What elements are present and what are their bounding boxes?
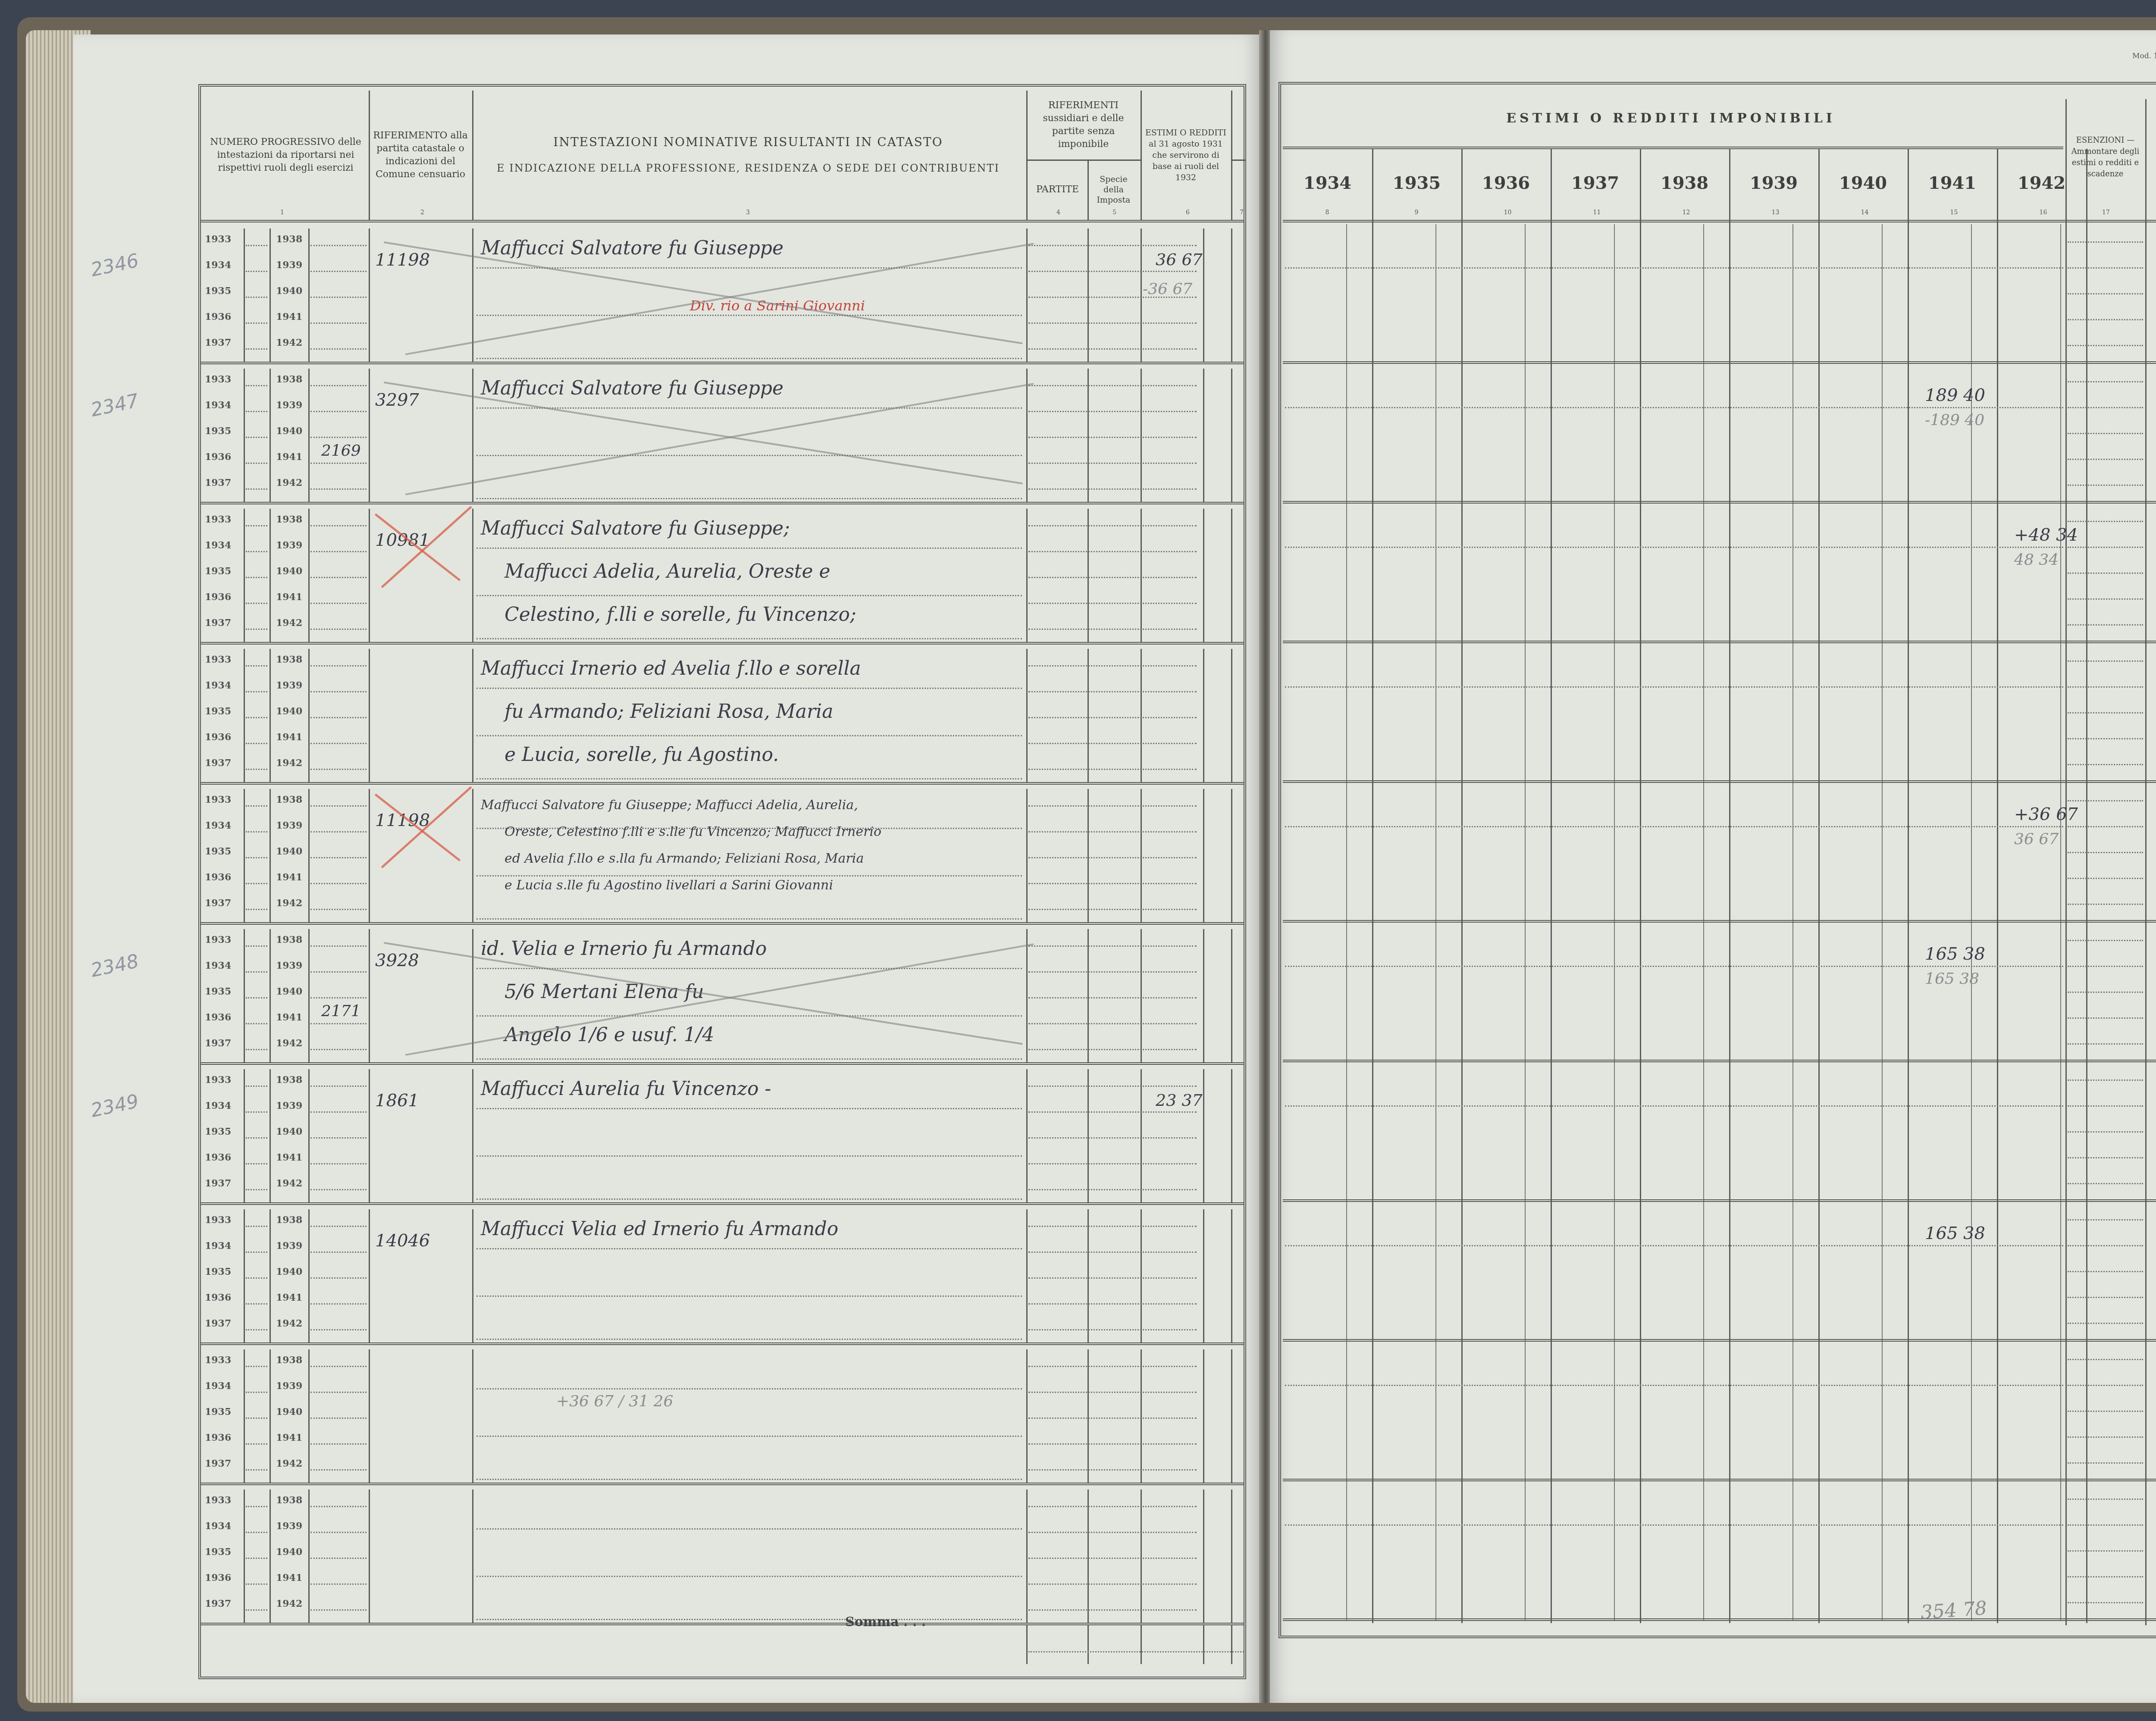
dotted-rule — [1028, 1651, 1244, 1652]
dotted-rule — [476, 1479, 1022, 1480]
dotted-rule — [2068, 1524, 2143, 1526]
entry-divider — [1283, 1199, 2156, 1202]
dotted-rule — [1028, 1023, 1197, 1024]
dotted-rule — [246, 411, 267, 412]
dotted-rule — [310, 411, 367, 412]
dotted-rule — [2068, 1499, 2143, 1500]
dotted-rule — [1028, 1329, 1197, 1330]
dotted-rule — [2068, 1245, 2143, 1246]
column-divider — [244, 789, 245, 923]
entry-divider — [1283, 1479, 2156, 1481]
year-header: 1938 — [1640, 160, 1729, 207]
column-divider — [1026, 649, 1028, 782]
year-label: 1933 — [205, 1214, 231, 1226]
dotted-rule — [476, 968, 1022, 969]
column-divider — [244, 369, 245, 502]
year-label: 1934 — [205, 260, 231, 271]
dotted-rule — [476, 1108, 1022, 1109]
column-divider — [1087, 929, 1089, 1063]
column-divider — [308, 509, 310, 642]
dotted-rule — [1028, 691, 1197, 692]
dotted-rule — [246, 1417, 267, 1419]
dotted-rule — [246, 769, 267, 770]
dotted-rule — [310, 1111, 367, 1113]
dotted-rule — [246, 971, 267, 973]
dotted-rule — [246, 1189, 267, 1190]
column-divider — [1203, 929, 1204, 1063]
column-divider — [308, 929, 310, 1063]
dotted-rule — [1285, 686, 2063, 688]
year-label: 1940 — [276, 1546, 302, 1558]
year-label: 1940 — [276, 1266, 302, 1277]
column-divider — [1141, 509, 1142, 642]
dotted-rule — [476, 688, 1022, 689]
ledger-entry: 1933193819341939193519401936194119371942… — [73, 224, 1261, 364]
header-col3: INTESTAZIONI NOMINATIVE RISULTANTI IN CA… — [474, 91, 1022, 220]
year-label: 1936 — [205, 1572, 231, 1583]
margin-number: 2349 — [89, 1090, 141, 1122]
column-divider — [1087, 1209, 1089, 1343]
dotted-rule — [1028, 1086, 1197, 1087]
column-divider — [1026, 509, 1028, 642]
dotted-rule — [310, 997, 367, 998]
column-divider — [244, 509, 245, 642]
dotted-rule — [1028, 945, 1197, 947]
cents-divider — [1614, 224, 1615, 1621]
dotted-rule — [2068, 1550, 2143, 1552]
year-label: 1938 — [276, 234, 302, 245]
header-divider — [1283, 220, 2156, 222]
dotted-rule — [1028, 603, 1197, 604]
dotted-rule — [2068, 904, 2143, 905]
entry-divider — [1283, 501, 2156, 504]
dotted-rule — [2068, 624, 2143, 626]
column-divider — [308, 369, 310, 502]
intestazione-name: Maffucci Irnerio ed Avelia f.llo e sorel… — [481, 657, 861, 679]
year-label: 1937 — [205, 757, 231, 769]
dotted-rule — [2068, 940, 2143, 941]
year-label: 1940 — [276, 706, 302, 717]
dotted-rule — [476, 1198, 1022, 1200]
dotted-rule — [310, 1023, 367, 1024]
year-label: 1939 — [276, 540, 302, 551]
dotted-rule — [1028, 857, 1197, 858]
column-divider — [1231, 929, 1232, 1063]
dotted-rule — [2068, 852, 2143, 853]
year-label: 1942 — [276, 1318, 302, 1329]
column-divider — [244, 228, 245, 362]
dotted-rule — [310, 629, 367, 630]
column-divider — [269, 509, 271, 642]
year-label: 1935 — [205, 1266, 231, 1277]
column-divider — [369, 789, 370, 923]
ledger-entry: 1933193819341939193519401936194119371942… — [73, 645, 1261, 785]
entry-divider — [1283, 920, 2156, 923]
column-divider — [472, 649, 473, 782]
right-page: Mod. 111 - Imposte Dirette (Intercalare)… — [1270, 30, 2156, 1703]
column-divider — [244, 649, 245, 782]
dotted-rule — [2068, 1297, 2143, 1298]
ledger-entry: 1933193819341939193519401936194119371942… — [73, 925, 1261, 1065]
header-divider — [1283, 147, 2063, 149]
dotted-rule — [2068, 660, 2143, 662]
year-label: 1933 — [205, 374, 231, 385]
column-divider — [1141, 369, 1142, 502]
year-header: 1941 — [1908, 160, 1997, 207]
column-divider — [1026, 369, 1028, 502]
left-page: NUMERO PROGRESSIVO delle intestazioni da… — [73, 34, 1261, 1703]
year-label: 1937 — [205, 337, 231, 348]
year-label: 1935 — [205, 986, 231, 997]
intestazione-name: Maffucci Adelia, Aurelia, Oreste e — [505, 560, 830, 582]
dotted-rule — [2068, 1462, 2143, 1464]
year-column-divider — [1640, 149, 1641, 1623]
year-label: 1939 — [276, 1521, 302, 1532]
year-label: 1938 — [276, 934, 302, 945]
dotted-rule — [2068, 598, 2143, 600]
dotted-rule — [246, 743, 267, 744]
year-label: 1938 — [276, 794, 302, 805]
year-label: 1933 — [205, 934, 231, 945]
year-label: 1936 — [205, 1152, 231, 1163]
year-column-divider — [1372, 149, 1373, 1623]
dotted-rule — [310, 1137, 367, 1139]
dotted-rule — [246, 1506, 267, 1507]
column-divider — [1026, 789, 1028, 923]
dotted-rule — [246, 1137, 267, 1139]
dotted-rule — [246, 385, 267, 386]
dotted-rule — [246, 665, 267, 666]
dotted-rule — [246, 997, 267, 998]
column-divider — [1087, 509, 1089, 642]
dotted-rule — [246, 1583, 267, 1585]
column-divider — [1141, 1209, 1142, 1343]
intestazione-name: e Lucia, sorelle, fu Agostino. — [505, 744, 779, 766]
right-table-frame — [1279, 82, 2156, 1638]
year-label: 1934 — [205, 1380, 231, 1392]
column-divider — [1026, 1349, 1028, 1483]
dotted-rule — [2068, 1157, 2143, 1158]
year-column-divider — [1818, 149, 1820, 1623]
dotted-rule — [1028, 1163, 1197, 1164]
year-column-divider — [1997, 149, 1998, 1623]
column-number: 2 — [420, 209, 424, 216]
dotted-rule — [310, 348, 367, 350]
dotted-rule — [246, 805, 267, 807]
year-header: 1940 — [1818, 160, 1908, 207]
dotted-rule — [476, 1015, 1022, 1017]
column-number: 5 — [1112, 209, 1116, 216]
dotted-rule — [476, 638, 1022, 639]
header-col2: RIFERIMENTO alla partita catastale o ind… — [371, 91, 470, 220]
column-divider — [269, 369, 271, 502]
dotted-rule — [1028, 769, 1197, 770]
dotted-rule — [246, 271, 267, 272]
column-divider — [472, 1209, 473, 1343]
header-column-divider — [1087, 160, 1089, 220]
pencil-value: -189 40 — [1925, 411, 1984, 429]
column-divider — [244, 1209, 245, 1343]
dotted-rule — [2068, 1219, 2143, 1220]
column-divider — [308, 789, 310, 923]
dotted-rule — [476, 1528, 1022, 1530]
dotted-rule — [310, 297, 367, 298]
year-column-divider — [2086, 149, 2087, 1623]
year-label: 1936 — [205, 872, 231, 883]
dotted-rule — [1028, 909, 1197, 910]
column-divider — [1203, 1069, 1204, 1203]
column-divider — [369, 509, 370, 642]
header-divider — [201, 220, 1244, 222]
column-number: 8 — [1326, 209, 1329, 216]
year-label: 1935 — [205, 846, 231, 857]
column-divider — [2145, 99, 2147, 1625]
partita-number: 14046 — [375, 1231, 430, 1251]
column-divider — [1231, 1209, 1232, 1343]
header-specie: Specie della Imposta — [1089, 164, 1138, 216]
partita-number: 1861 — [375, 1091, 419, 1111]
dotted-rule — [310, 1532, 367, 1533]
year-label: 1937 — [205, 1458, 231, 1469]
dotted-rule — [310, 1329, 367, 1330]
column-number: 9 — [1415, 209, 1419, 216]
header-sub-divider — [1231, 160, 1246, 161]
entry-divider — [1283, 641, 2156, 643]
dotted-rule — [1028, 1252, 1197, 1253]
dotted-rule — [310, 717, 367, 718]
estimi-title: ESTIMI O REDDITI IMPONIBILI — [1283, 91, 2059, 147]
dotted-rule — [1028, 743, 1197, 744]
year-label: 1936 — [205, 311, 231, 322]
dotted-rule — [310, 1392, 367, 1393]
dotted-rule — [1285, 407, 2063, 408]
dotted-rule — [1028, 1532, 1197, 1533]
column-divider — [244, 1069, 245, 1203]
year-label: 1935 — [205, 1126, 231, 1137]
dotted-rule — [2068, 433, 2143, 434]
dotted-rule — [310, 1558, 367, 1559]
form-title: Mod. 111 - Imposte Dirette (Intercalare)… — [2132, 52, 2156, 60]
year-label: 1939 — [276, 1240, 302, 1252]
dotted-rule — [2068, 1183, 2143, 1184]
year-label: 1938 — [276, 1074, 302, 1086]
year-label: 1937 — [205, 1038, 231, 1049]
year-column-divider — [1551, 149, 1552, 1623]
ledger-entry: 1933193819341939193519401936194119371942… — [73, 1065, 1261, 1205]
dotted-rule — [310, 665, 367, 666]
dotted-rule — [310, 971, 367, 973]
dotted-rule — [476, 548, 1022, 549]
dotted-rule — [476, 1295, 1022, 1297]
year-label: 1934 — [205, 680, 231, 691]
year-label: 1933 — [205, 654, 231, 665]
year-label: 1933 — [205, 514, 231, 525]
column-divider — [369, 1069, 370, 1203]
dotted-rule — [1028, 1049, 1197, 1050]
dotted-rule — [310, 883, 367, 884]
header-column-divider — [369, 91, 370, 220]
year-label: 1941 — [276, 451, 302, 463]
dotted-rule — [1285, 966, 2063, 967]
dotted-rule — [2068, 712, 2143, 713]
column-divider — [2065, 99, 2067, 1625]
header-column-divider — [1026, 91, 1028, 220]
dotted-rule — [476, 1619, 1022, 1620]
dotted-rule — [246, 945, 267, 947]
dotted-rule — [476, 735, 1022, 736]
column-divider — [1141, 1069, 1142, 1203]
estimo-1932-value: 36 67 — [1156, 250, 1203, 269]
column-divider — [1231, 1489, 1232, 1623]
year-label: 1933 — [205, 234, 231, 245]
side-reference: 2169 — [321, 442, 361, 460]
dotted-rule — [1028, 551, 1197, 552]
cents-divider — [1435, 224, 1436, 1621]
dotted-rule — [246, 1303, 267, 1305]
dotted-rule — [1028, 488, 1197, 490]
dotted-rule — [1028, 1469, 1197, 1471]
pencil-note: +36 67 / 31 26 — [556, 1392, 673, 1410]
dotted-rule — [246, 488, 267, 490]
intestazione-name: ed Avelia f.llo e s.lla fu Armando; Feli… — [505, 851, 864, 866]
year-label: 1940 — [276, 846, 302, 857]
dotted-rule — [1028, 463, 1197, 464]
dotted-rule — [2068, 800, 2143, 801]
dotted-rule — [1285, 1385, 2063, 1386]
dotted-rule — [246, 1609, 267, 1611]
column-divider — [1026, 1625, 1028, 1664]
dotted-rule — [476, 778, 1022, 779]
dotted-rule — [310, 1609, 367, 1611]
dotted-rule — [246, 1392, 267, 1393]
year-label: 1934 — [205, 1521, 231, 1532]
dotted-rule — [310, 743, 367, 744]
column-number: 11 — [1593, 209, 1601, 216]
dotted-rule — [2068, 319, 2143, 320]
header-sub-divider — [1026, 160, 1141, 161]
dotted-rule — [310, 271, 367, 272]
intestazione-name: Maffucci Salvatore fu Giuseppe; Maffucci… — [481, 798, 858, 813]
dotted-rule — [310, 1189, 367, 1190]
dotted-rule — [310, 385, 367, 386]
dotted-rule — [2068, 1359, 2143, 1360]
column-divider — [308, 228, 310, 362]
dotted-rule — [246, 831, 267, 832]
year-label: 1941 — [276, 1572, 302, 1583]
dotted-rule — [246, 1329, 267, 1330]
year-label: 1937 — [205, 1178, 231, 1189]
dotted-rule — [2068, 1385, 2143, 1386]
cents-divider — [1882, 224, 1883, 1621]
dotted-rule — [246, 1532, 267, 1533]
entry-divider — [1283, 1339, 2156, 1342]
dotted-rule — [1028, 1137, 1197, 1139]
intestazione-name: Maffucci Salvatore fu Giuseppe; — [481, 517, 790, 539]
margin-number: 2346 — [89, 250, 141, 281]
header-column-divider — [1231, 91, 1232, 220]
intestazione-name: Oreste, Celestino f.lli e s.lle fu Vince… — [505, 824, 881, 839]
dotted-rule — [2068, 878, 2143, 879]
dotted-rule — [1285, 1245, 2063, 1246]
year-label: 1936 — [205, 591, 231, 603]
column-number: 17 — [2102, 209, 2110, 216]
dotted-rule — [2068, 459, 2143, 460]
dotted-rule — [1285, 547, 2063, 548]
dotted-rule — [2068, 1411, 2143, 1412]
column-divider — [244, 1489, 245, 1623]
column-divider — [308, 1069, 310, 1203]
cents-divider — [1703, 224, 1704, 1621]
dotted-rule — [2068, 738, 2143, 739]
column-divider — [308, 1209, 310, 1343]
intestazione-name: Celestino, f.lli e sorelle, fu Vincenzo; — [505, 604, 856, 626]
dotted-rule — [246, 322, 267, 324]
year-label: 1936 — [205, 1012, 231, 1023]
column-divider — [269, 1069, 271, 1203]
column-divider — [1087, 1069, 1089, 1203]
dotted-rule — [2068, 764, 2143, 765]
side-reference: 2171 — [321, 1002, 361, 1020]
dotted-rule — [1028, 1506, 1197, 1507]
dotted-rule — [1028, 1392, 1197, 1393]
year-label: 1933 — [205, 794, 231, 805]
dotted-rule — [2068, 1043, 2143, 1045]
cents-divider — [1792, 224, 1793, 1621]
year-label: 1938 — [276, 1495, 302, 1506]
dotted-rule — [1028, 629, 1197, 630]
dotted-rule — [1028, 665, 1197, 666]
column-divider — [1026, 228, 1028, 362]
year-label: 1938 — [276, 1355, 302, 1366]
dotted-rule — [246, 348, 267, 350]
column-divider — [1087, 789, 1089, 923]
column-divider — [1231, 789, 1232, 923]
column-divider — [1203, 1349, 1204, 1483]
somma-label: Somma . . . — [845, 1615, 926, 1630]
column-number: 1 — [280, 209, 284, 216]
dotted-rule — [2068, 992, 2143, 993]
dotted-rule — [476, 1339, 1022, 1340]
year-label: 1942 — [276, 898, 302, 909]
dotted-rule — [246, 1111, 267, 1113]
column-number: 12 — [1683, 209, 1690, 216]
year-header: 1935 — [1372, 160, 1461, 207]
dotted-rule — [1028, 1583, 1197, 1585]
dotted-rule — [246, 603, 267, 604]
year-label: 1942 — [276, 1598, 302, 1609]
year-label: 1935 — [205, 1406, 231, 1417]
dotted-rule — [476, 1155, 1022, 1157]
dotted-rule — [2068, 1323, 2143, 1324]
dotted-rule — [310, 322, 367, 324]
year-label: 1941 — [276, 1292, 302, 1303]
year-label: 1942 — [276, 477, 302, 488]
intestazione-name: Angelo 1/6 e usuf. 1/4 — [505, 1024, 714, 1046]
dotted-rule — [2068, 1576, 2143, 1577]
column-divider — [269, 649, 271, 782]
dotted-rule — [1028, 577, 1197, 578]
column-divider — [472, 1069, 473, 1203]
column-divider — [1203, 649, 1204, 782]
intestazione-name: Maffucci Salvatore fu Giuseppe — [481, 377, 783, 399]
year-label: 1941 — [276, 872, 302, 883]
dotted-rule — [310, 437, 367, 438]
header-column-divider — [1141, 91, 1142, 220]
header-col1: NUMERO PROGRESSIVO delle intestazioni da… — [203, 91, 369, 220]
intestazione-name: fu Armando; Feliziani Rosa, Maria — [505, 701, 833, 723]
dotted-rule — [246, 1086, 267, 1087]
dotted-rule — [1028, 831, 1197, 832]
